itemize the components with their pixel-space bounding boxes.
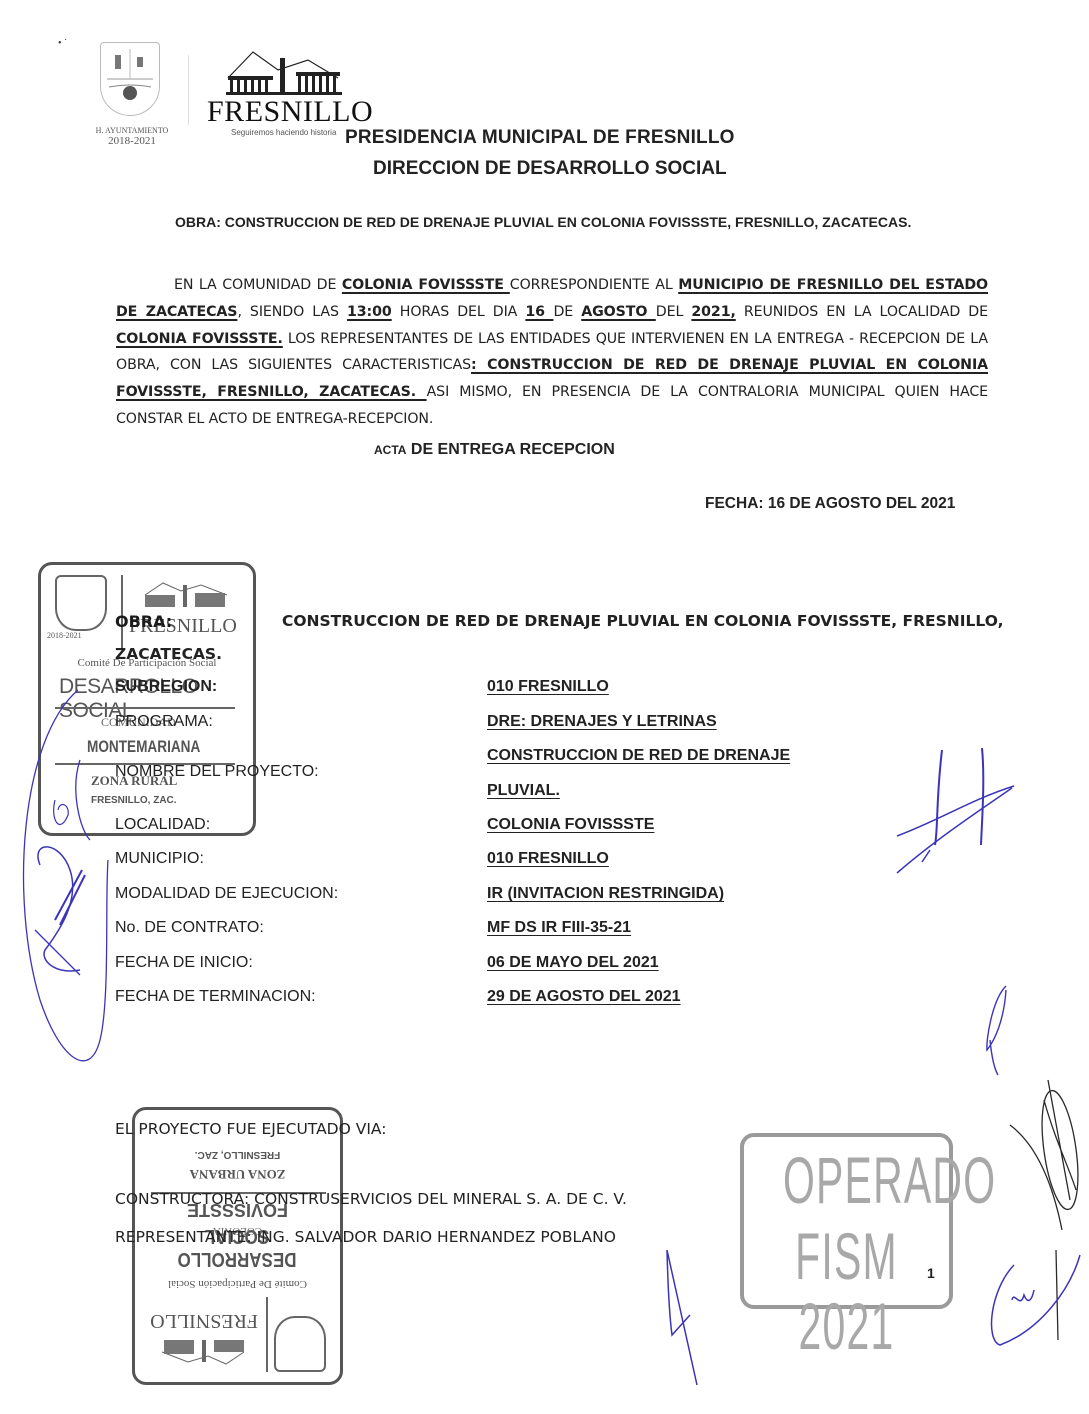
signature-marks	[0, 0, 1089, 1414]
